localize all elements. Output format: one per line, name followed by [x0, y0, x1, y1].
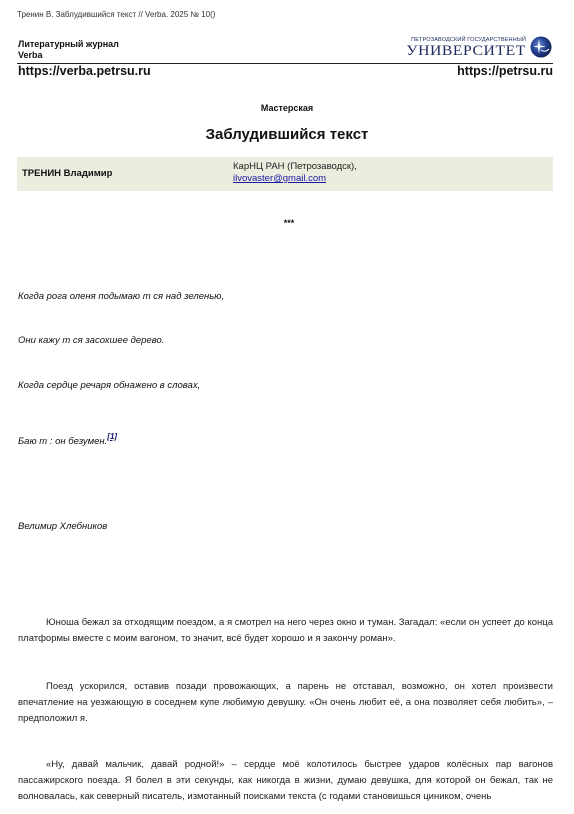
journal-name: Литературный журнал Verba — [18, 39, 119, 61]
footnote-link[interactable]: [1] — [107, 432, 117, 441]
author-email-link[interactable]: ilvovaster@gmail.com — [233, 173, 326, 184]
author-block: ТРЕНИН Владимир КарНЦ РАН (Петрозаводск)… — [17, 157, 553, 191]
epigraph-line: Когда сердце речаря обнажено в словах, — [18, 380, 200, 391]
body-paragraph: Юноша бежал за отходящим поездом, а я см… — [18, 615, 553, 647]
epigraph-line: Когда рога оленя подымаю т ся над зелень… — [18, 291, 224, 302]
university-logo[interactable]: ПЕТРОЗАВОДСКИЙ ГОСУДАРСТВЕННЫЙ УНИВЕРСИТ… — [411, 36, 552, 58]
section-label: Мастерская — [0, 103, 574, 113]
author-affiliation: КарНЦ РАН (Петрозаводск), — [233, 161, 357, 173]
journal-name-line2: Verba — [18, 50, 119, 61]
logo-text: ПЕТРОЗАВОДСКИЙ ГОСУДАРСТВЕННЫЙ УНИВЕРСИТ… — [411, 37, 526, 58]
epigraph-attribution: Велимир Хлебников — [18, 521, 107, 532]
author-affiliation-block: КарНЦ РАН (Петрозаводск), ilvovaster@gma… — [233, 161, 357, 185]
citation-line: Тренин В. Заблудившийся текст // Verba. … — [17, 10, 215, 19]
page-title: Заблудившийся текст — [0, 126, 574, 143]
journal-name-line1: Литературный журнал — [18, 39, 119, 50]
epigraph-line-last: Баю т : он безумен.[1] — [18, 432, 117, 447]
logo-big-text: УНИВЕРСИТЕТ — [405, 44, 526, 58]
body-paragraph: «Ну, давай мальчик, давай родной!» – сер… — [18, 757, 553, 805]
university-star-globe-icon — [530, 36, 552, 58]
epigraph-line: Они кажу т ся засохшее дерево. — [18, 335, 164, 346]
university-url-link[interactable]: https://petrsu.ru — [457, 64, 553, 78]
separator-stars: *** — [0, 218, 574, 228]
epigraph-line-text: Баю т : он безумен. — [18, 436, 107, 447]
journal-url-link[interactable]: https://verba.petrsu.ru — [18, 64, 151, 78]
author-name: ТРЕНИН Владимир — [22, 168, 112, 179]
body-paragraph: Поезд ускорился, оставив позади провожаю… — [18, 679, 553, 727]
